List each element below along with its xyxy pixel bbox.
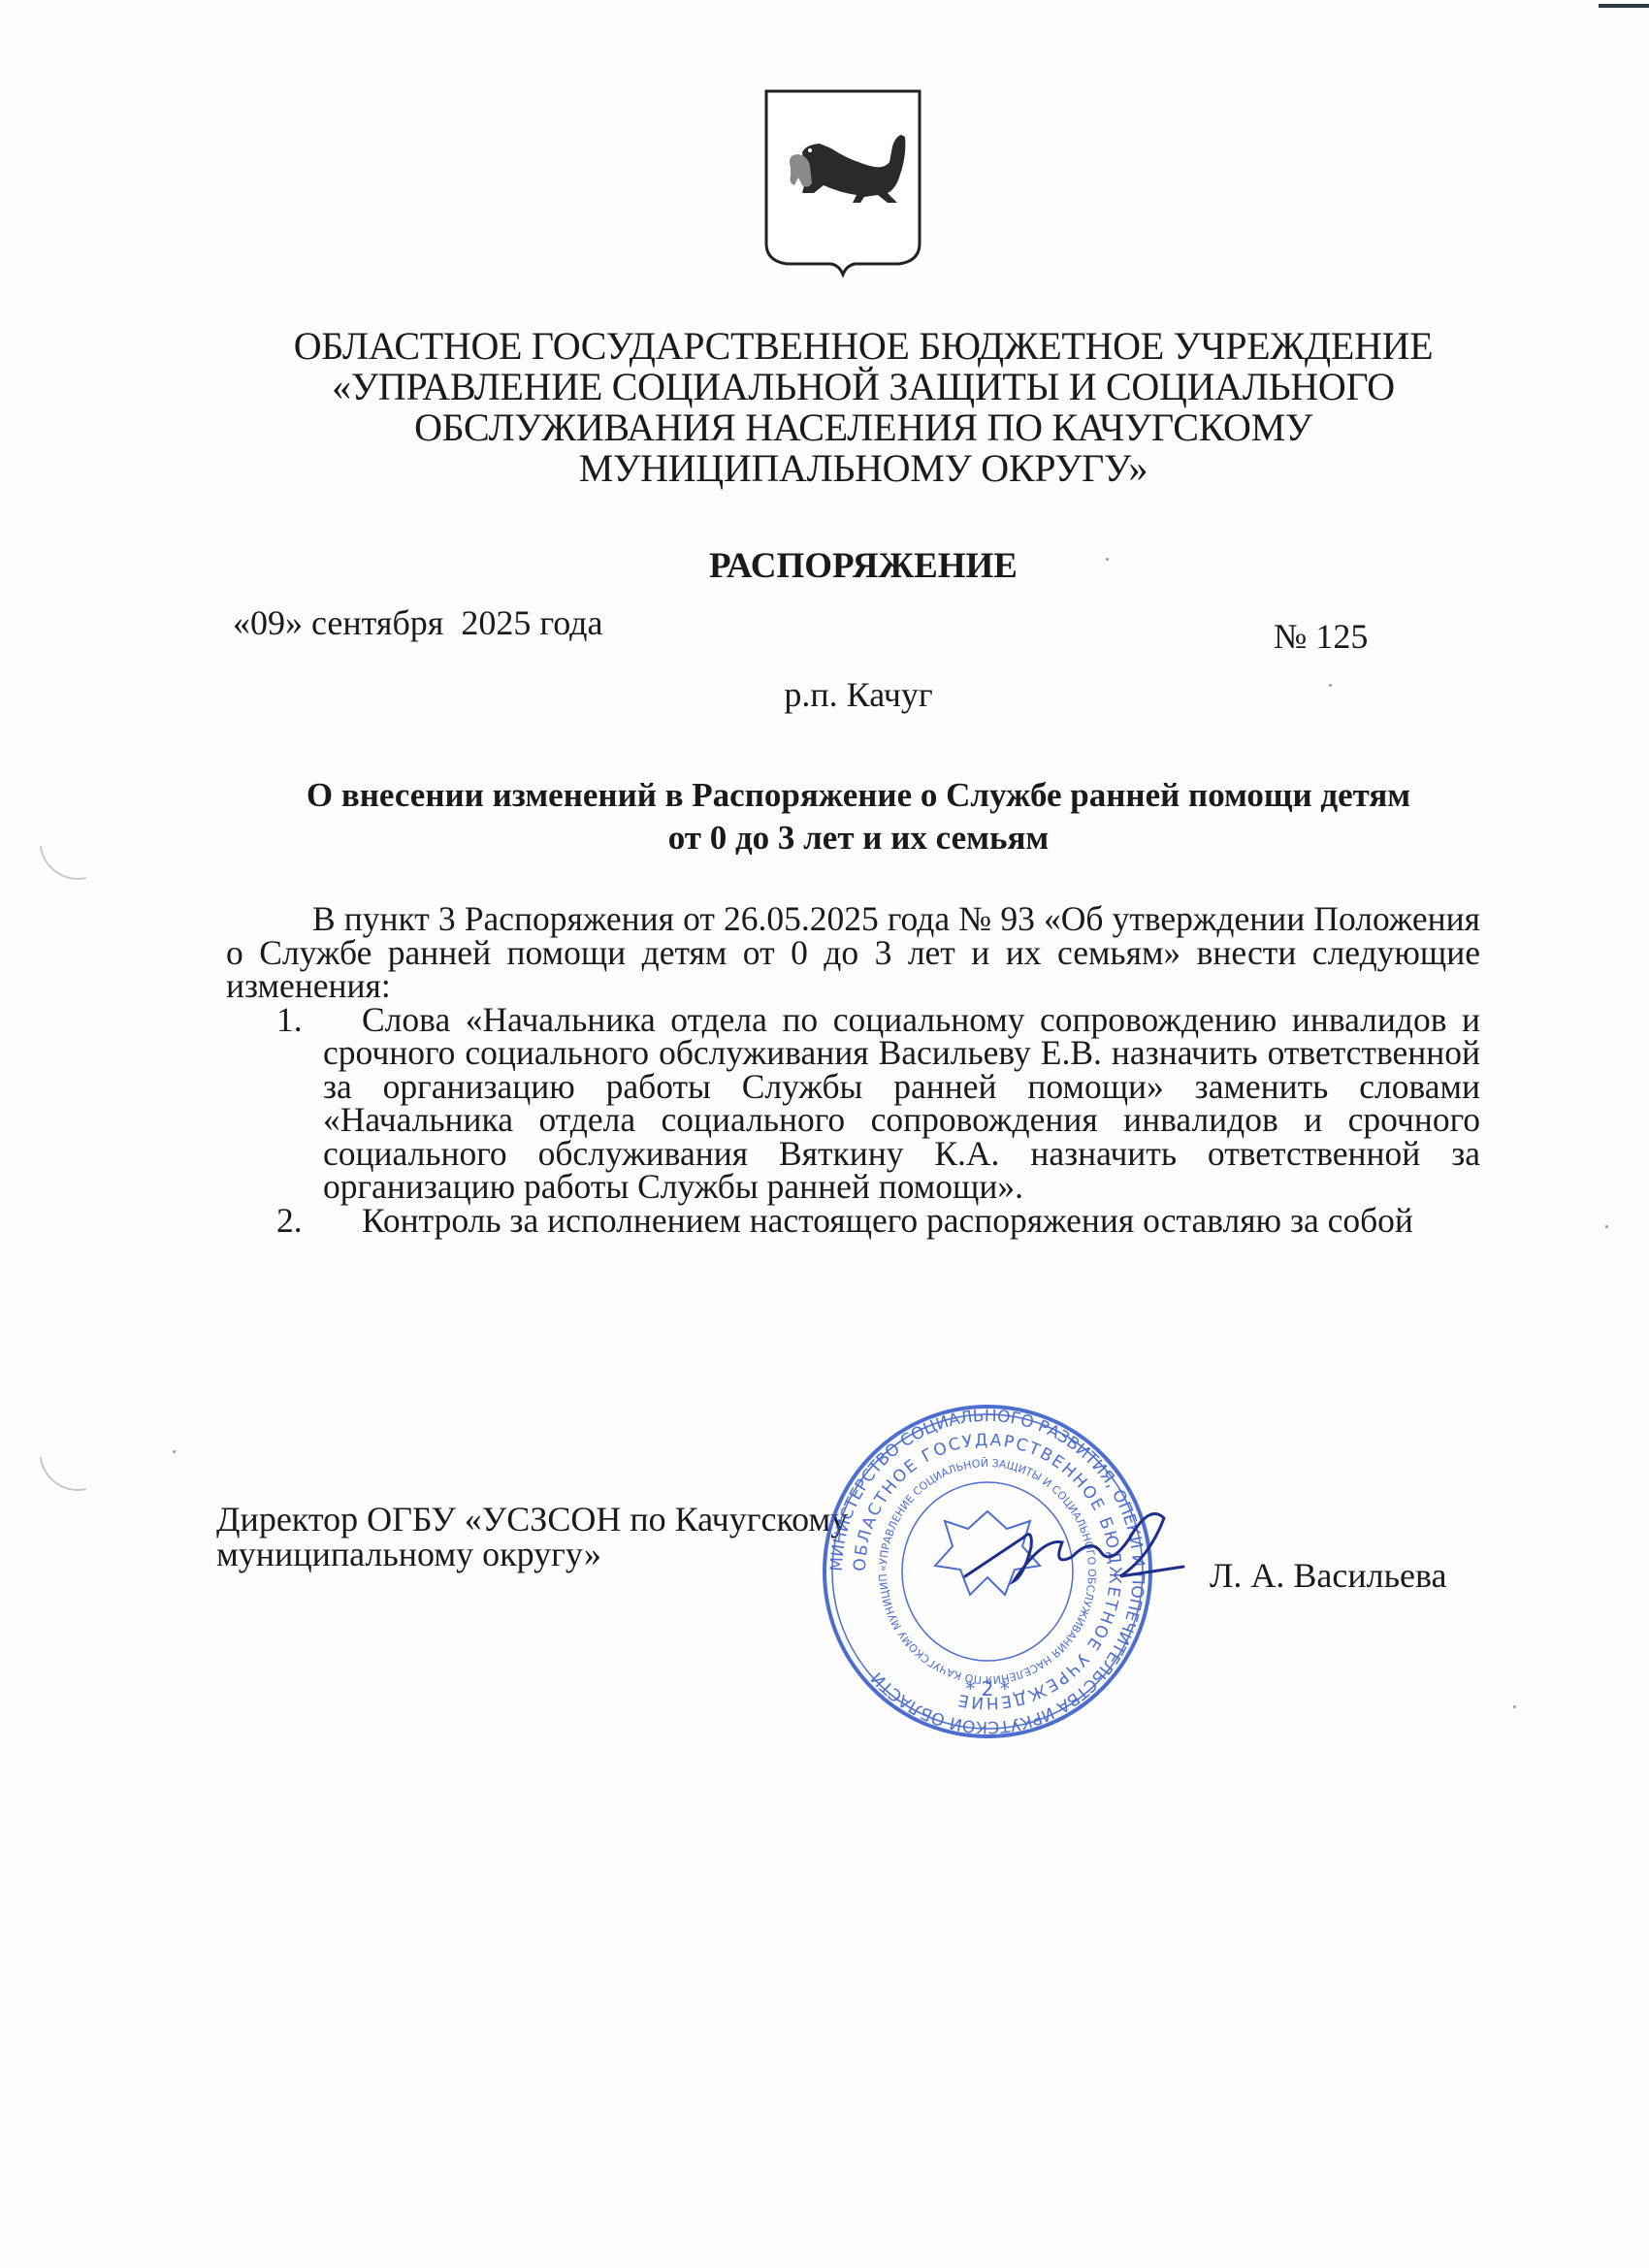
subject-line: от 0 до 3 лет и их семьям [238,817,1479,859]
intro-paragraph: В пункт 3 Распоряжения от 26.05.2025 год… [226,902,1480,1003]
scan-speck [1605,1225,1608,1228]
organization-header: ОБЛАСТНОЕ ГОСУДАРСТВЕННОЕ БЮДЖЕТНОЕ УЧРЕ… [194,326,1533,489]
signatory-name: Л. А. Васильева [1210,1556,1447,1595]
signatory-title: Директор ОГБУ «УСЗСОН по Качугскому муни… [216,1502,848,1571]
scan-speck [173,1450,176,1453]
svg-text:* 2 *: * 2 * [965,1677,1009,1701]
scan-edge-mark [1599,4,1649,8]
document-body: В пункт 3 Распоряжения от 26.05.2025 год… [226,902,1480,1237]
scan-speck [1513,1705,1516,1708]
document-type-heading: РАСПОРЯЖЕНИЕ [582,547,1145,586]
punch-hole-mark [40,1450,87,1498]
handwritten-signature-icon [955,1499,1188,1605]
org-line: ОБСЛУЖИВАНИЯ НАСЕЛЕНИЯ ПО КАЧУГСКОМУ [194,407,1533,448]
org-line: МУНИЦИПАЛЬНОМУ ОКРУГУ» [194,448,1533,489]
document-number: № 125 [1274,617,1368,656]
subject-line: О внесении изменений в Распоряжение о Сл… [238,774,1479,817]
document-date: «09» сентября 2025 года [233,603,602,642]
signatory-title-line: муниципальному округу» [216,1537,848,1571]
document-subject: О внесении изменений в Распоряжение о Сл… [238,774,1479,859]
document-place: р.п. Качуг [679,675,1038,714]
list-item-text: Слова «Начальника отдела по социальному … [323,1003,1480,1204]
scan-speck [1329,684,1332,687]
signatory-title-line: Директор ОГБУ «УСЗСОН по Качугскому [216,1502,848,1537]
list-item-number: 1. [276,1003,303,1037]
org-line: ОБЛАСТНОЕ ГОСУДАРСТВЕННОЕ БЮДЖЕТНОЕ УЧРЕ… [194,326,1533,367]
list-item-number: 2. [276,1204,303,1238]
punch-hole-mark [40,839,87,887]
list-item: 1. Слова «Начальника отдела по социально… [226,1003,1480,1204]
list-item: 2. Контроль за исполнением настоящего ра… [226,1204,1480,1238]
org-line: «УПРАВЛЕНИЕ СОЦИАЛЬНОЙ ЗАЩИТЫ И СОЦИАЛЬН… [194,367,1533,407]
amendments-list: 1. Слова «Начальника отдела по социально… [226,1003,1480,1238]
list-item-text: Контроль за исполнением настоящего распо… [323,1204,1480,1238]
coat-of-arms-icon [763,88,922,277]
